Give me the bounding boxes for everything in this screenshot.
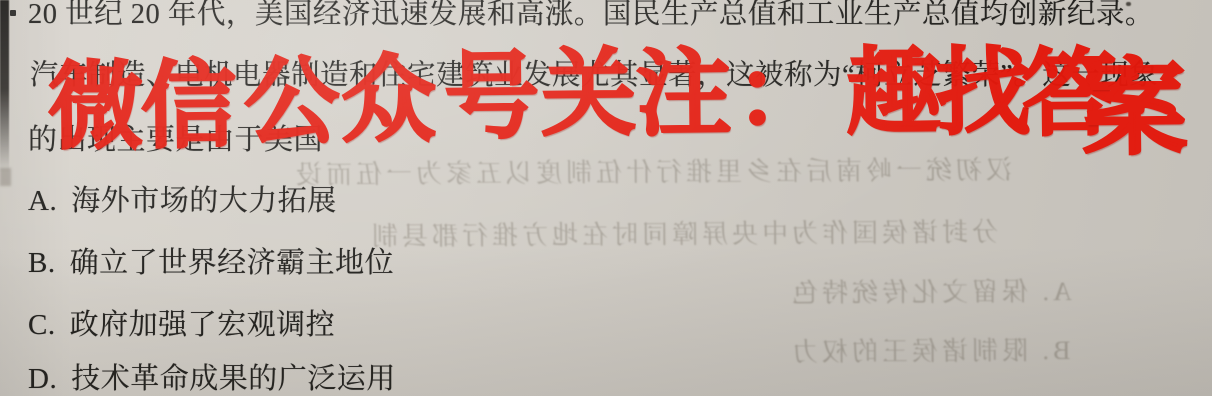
option-b-text: 确立了世界经济霸主地位 [70,240,395,281]
option-d: D. 技术革命成果的广泛运用 [28,356,396,396]
option-a-text: 海外市场的大力拓展 [71,178,337,219]
option-a-label: A. [28,185,57,218]
option-a: A. 海外市场的大力拓展 [28,178,337,219]
bleedthrough-line: A. 保留文化传统特色 [788,271,1072,310]
option-b: B. 确立了世界经济霸主地位 [28,240,394,281]
option-d-text: 技术革命成果的广泛运用 [71,356,396,396]
red-watermark-text: 微信公众号关注：趣找答案 [47,12,1183,160]
option-c-text: 政府加强了宏观调控 [70,302,336,343]
scan-speck [1126,2,1131,6]
bleedthrough-line: B. 限制诸侯王的权力 [788,330,1071,369]
bleedthrough-line: 分封诸侯国作为中央屏障同时在地方推行郡县制 [368,212,998,253]
question-number-fragment [10,10,16,16]
scanned-exam-page: 汉初统一岭南后在乡里推行什伍制度以五家为一伍而设 分封诸侯国作为中央屏障同时在地… [0,0,1212,396]
option-c-label: C. [28,309,56,342]
option-b-label: B. [28,247,56,280]
option-d-label: D. [28,363,57,396]
option-c: C. 政府加强了宏观调控 [28,302,335,343]
scan-edge-shadow [0,0,9,172]
